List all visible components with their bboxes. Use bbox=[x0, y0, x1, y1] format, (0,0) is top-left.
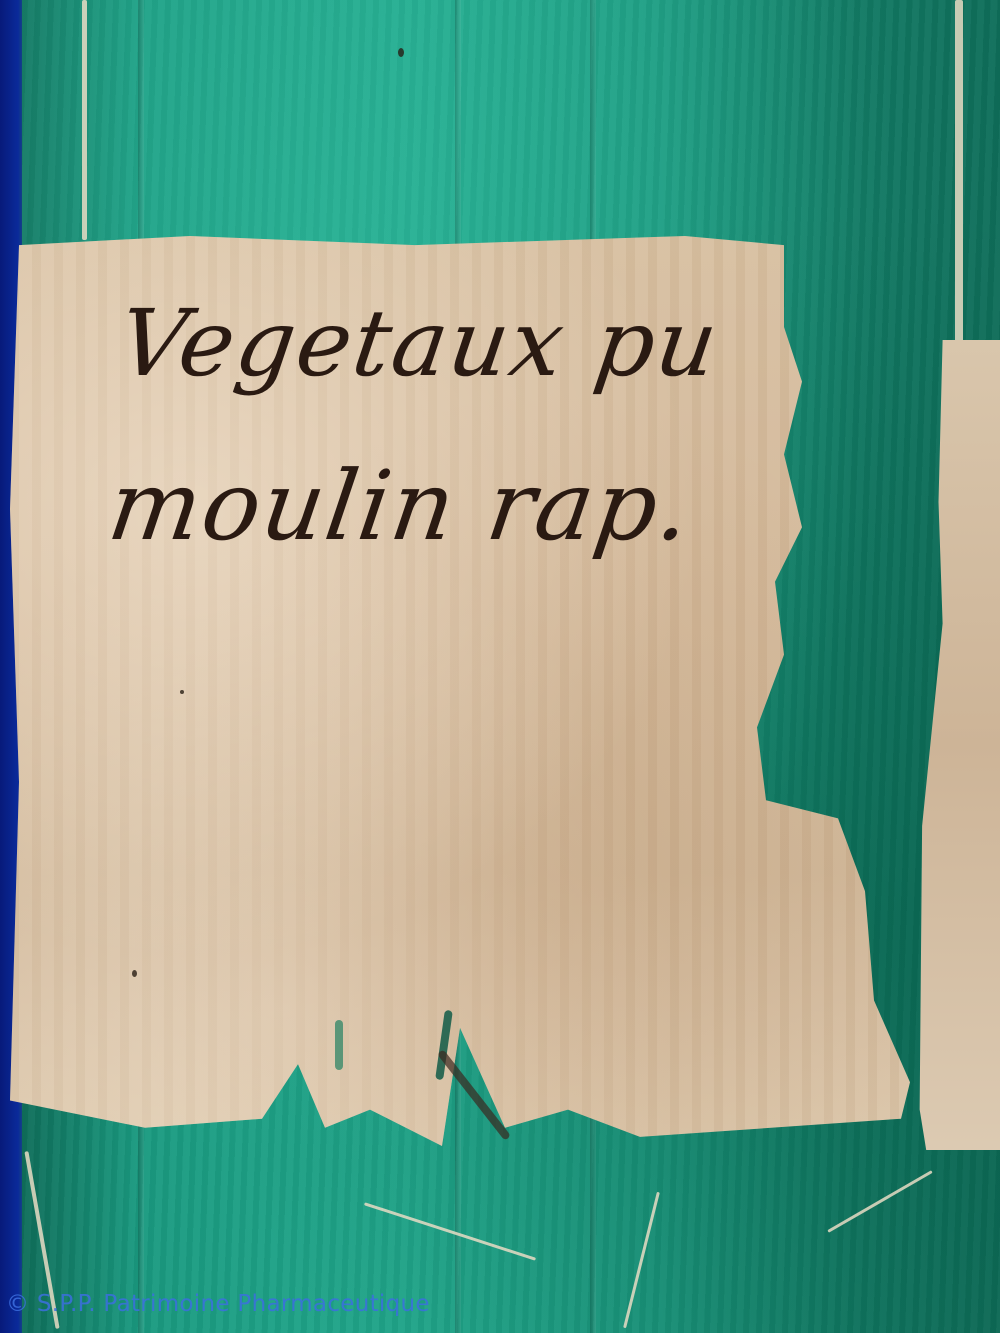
paper-crack bbox=[955, 0, 963, 350]
ink-stroke-remnant bbox=[335, 1020, 343, 1070]
ink-speck bbox=[398, 48, 404, 57]
photo-scene: Vegetaux pu moulin rap. © S.P.P. Patrimo… bbox=[0, 0, 1000, 1333]
ink-speck bbox=[132, 970, 137, 977]
ink-speck bbox=[180, 690, 184, 694]
copyright-watermark: © S.P.P. Patrimoine Pharmaceutique bbox=[6, 1291, 430, 1317]
handwritten-line-1: Vegetaux pu bbox=[112, 290, 725, 397]
paper-crack bbox=[82, 0, 87, 240]
handwritten-line-2: moulin rap. bbox=[102, 450, 699, 562]
